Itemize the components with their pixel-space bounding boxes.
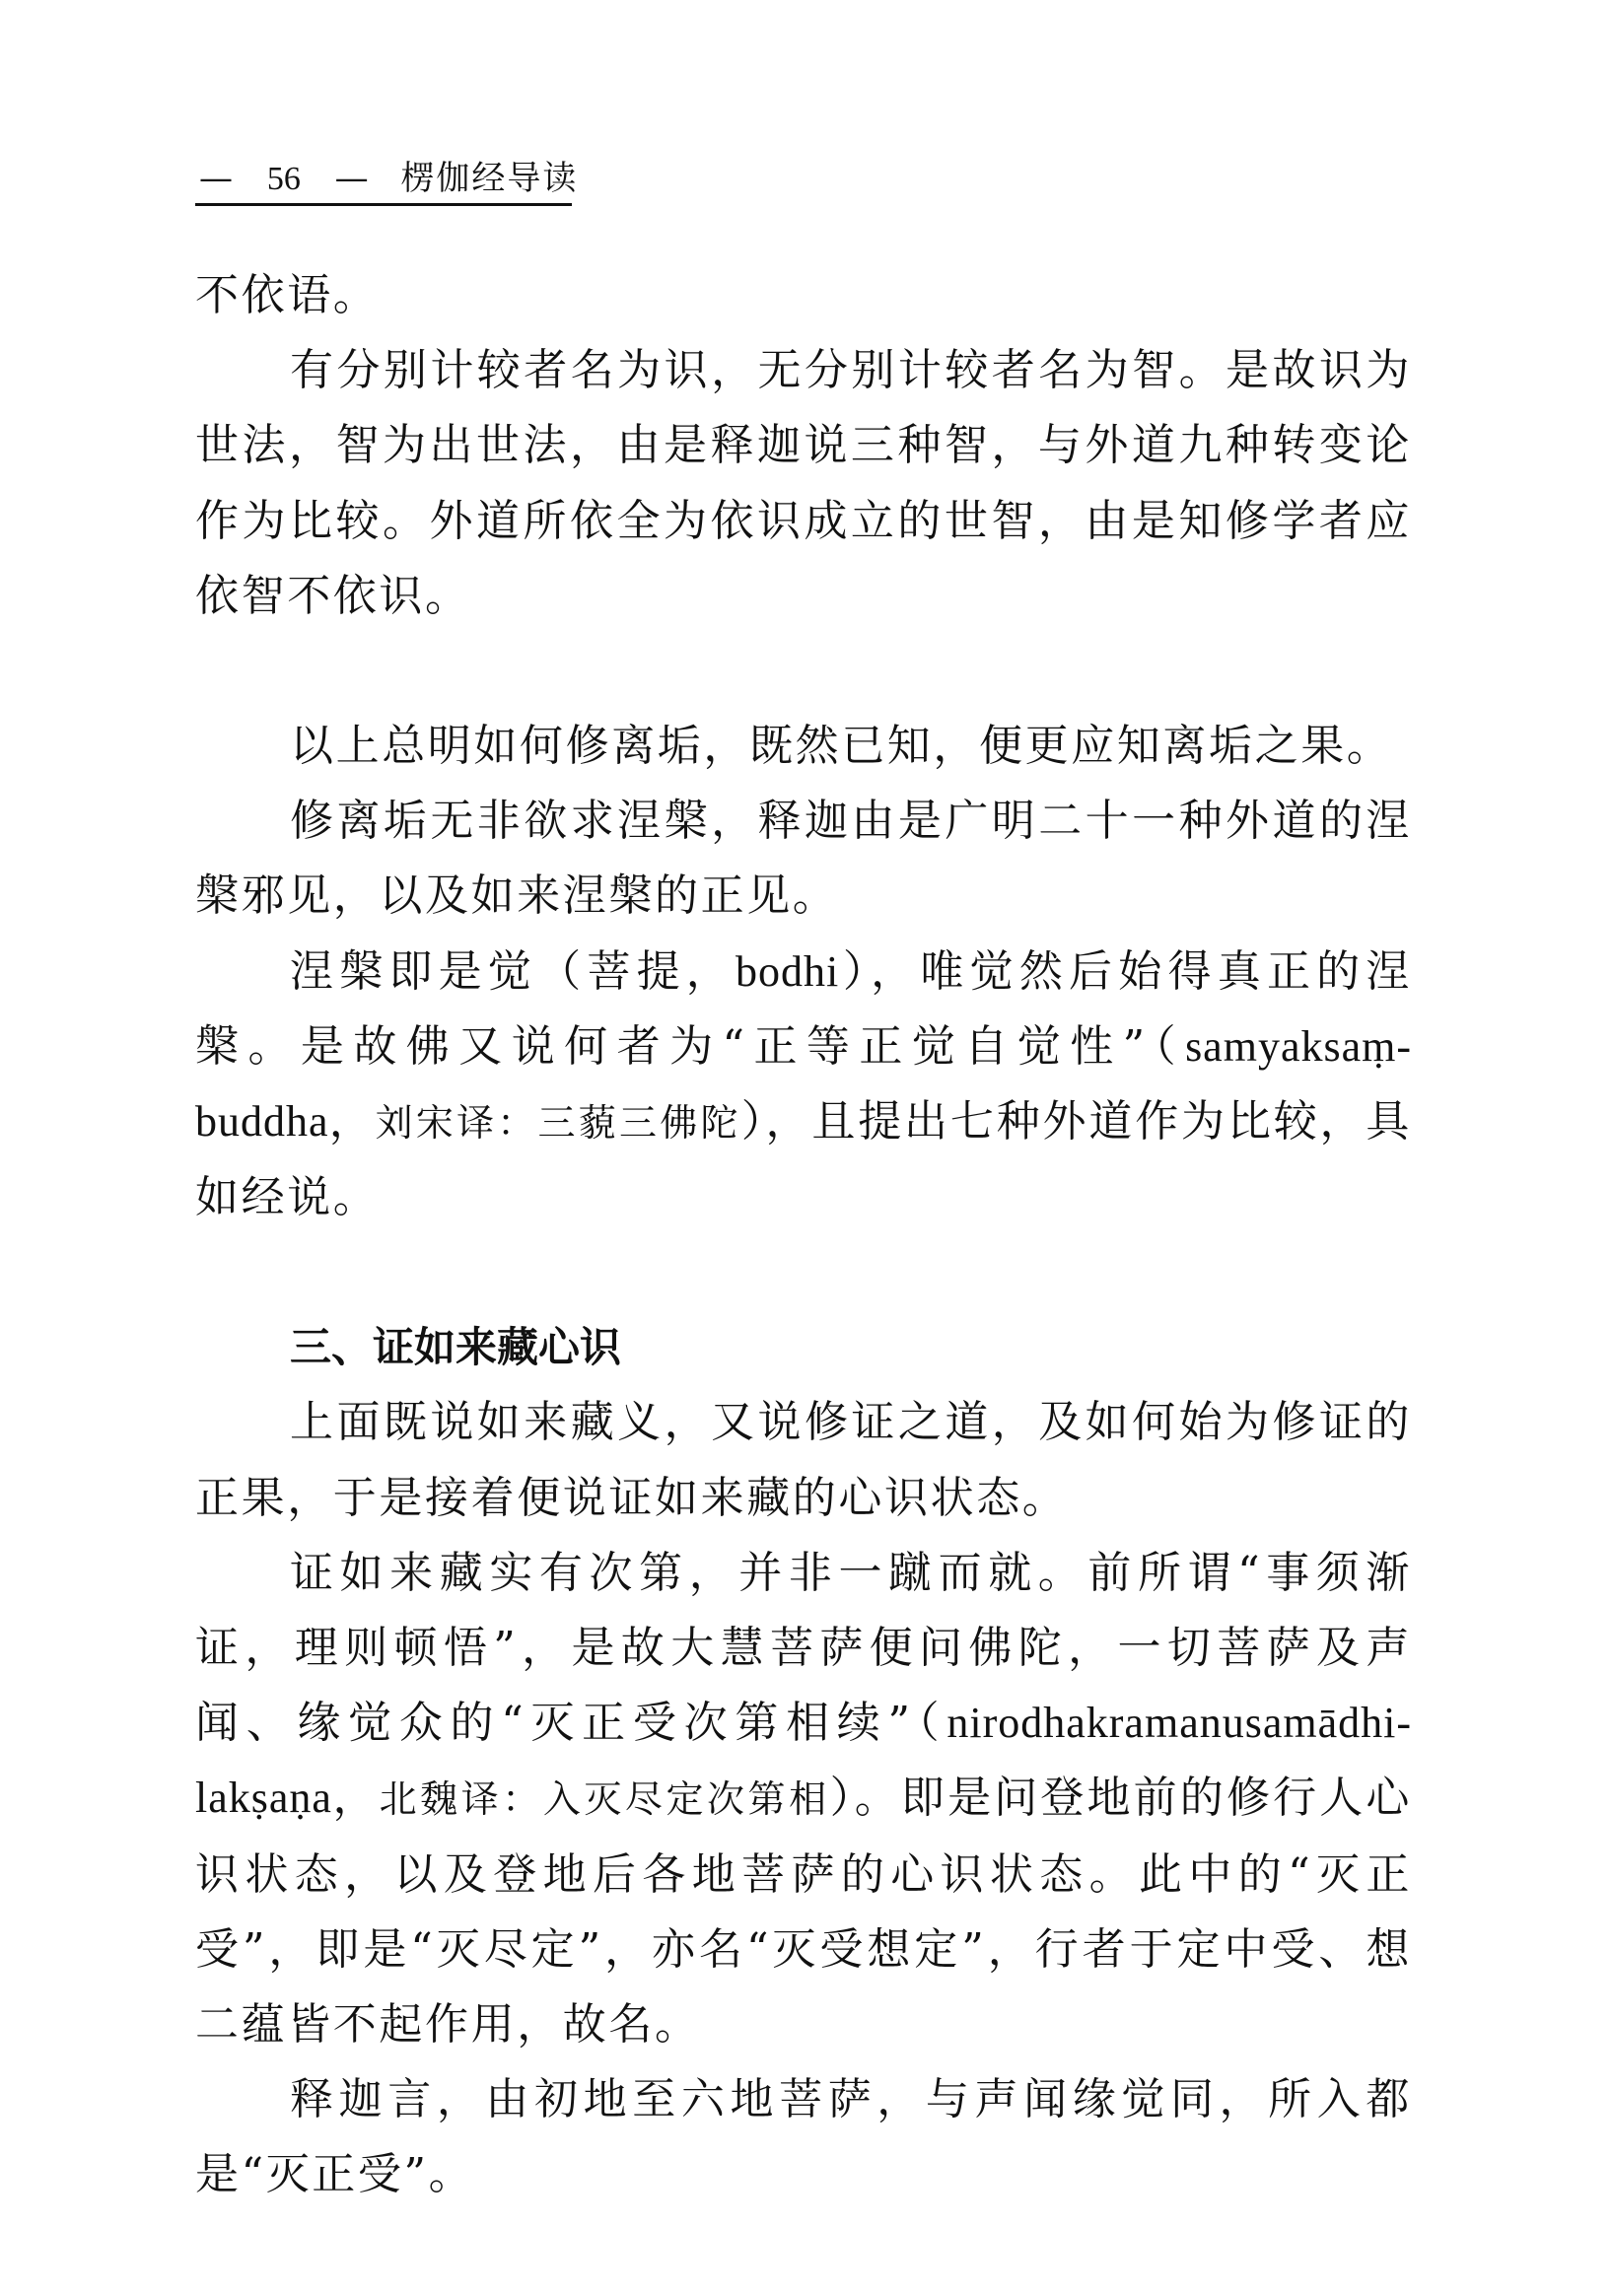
paragraph-nirvana-views: 修离垢无非欲求涅槃，释迦由是广明二十一种外道的涅槃邪见，以及如来涅槃的正见。 [195, 784, 1412, 934]
text-run: ， [332, 1773, 380, 1823]
paragraph-wisdom-vs-consciousness: 有分别计较者名为识，无分别计较者名为智。是故识为世法，智为出世法，由是释迦说三种… [195, 333, 1412, 634]
text-run: 涅槃即是觉（菩提， [290, 946, 736, 997]
section-heading: 三、证如来藏心识 [195, 1310, 1412, 1385]
paragraph-cessation-stages: 证如来藏实有次第，并非一蹴而就。前所谓“事须渐证，理则顿悟”，是故大慧菩萨便问佛… [195, 1536, 1412, 2062]
book-title: 楞伽经导读 [400, 154, 578, 203]
sanskrit-term: bodhi [736, 947, 839, 996]
paragraph-fruit-of-purification: 以上总明如何修离垢，既然已知，便更应知离垢之果。 [195, 709, 1412, 784]
paragraph-section-intro: 上面既说如来藏义，又说修证之道，及如何始为修证的正果，于是接着便说证如来藏的心识… [195, 1385, 1412, 1535]
text-run: ， [329, 1096, 376, 1147]
page-number: 56 [247, 155, 320, 204]
header-dash-right: — [331, 154, 373, 203]
body-text: 不依语。 有分别计较者名为识，无分别计较者名为智。是故识为世法，智为出世法，由是… [195, 258, 1412, 2213]
running-header: — 56 — 楞伽经导读 [195, 154, 572, 206]
translation-note: 刘宋译：三藐三佛陀 [376, 1101, 741, 1145]
paragraph-first-to-sixth-bhumi: 释迦言，由初地至六地菩萨，与声闻缘觉同，所入都是“灭正受”。 [195, 2062, 1412, 2212]
translation-note: 北魏译：入灭尽定次第相 [380, 1777, 830, 1821]
section-gap [195, 1235, 1412, 1310]
paragraph-continuation: 不依语。 [195, 258, 1412, 333]
header-dash-left: — [195, 154, 237, 203]
paragraph-gap [195, 634, 1412, 709]
paragraph-nirvana-bodhi: 涅槃即是觉（菩提，bodhi），唯觉然后始得真正的涅槃。是故佛又说何者为“正等正… [195, 935, 1412, 1236]
